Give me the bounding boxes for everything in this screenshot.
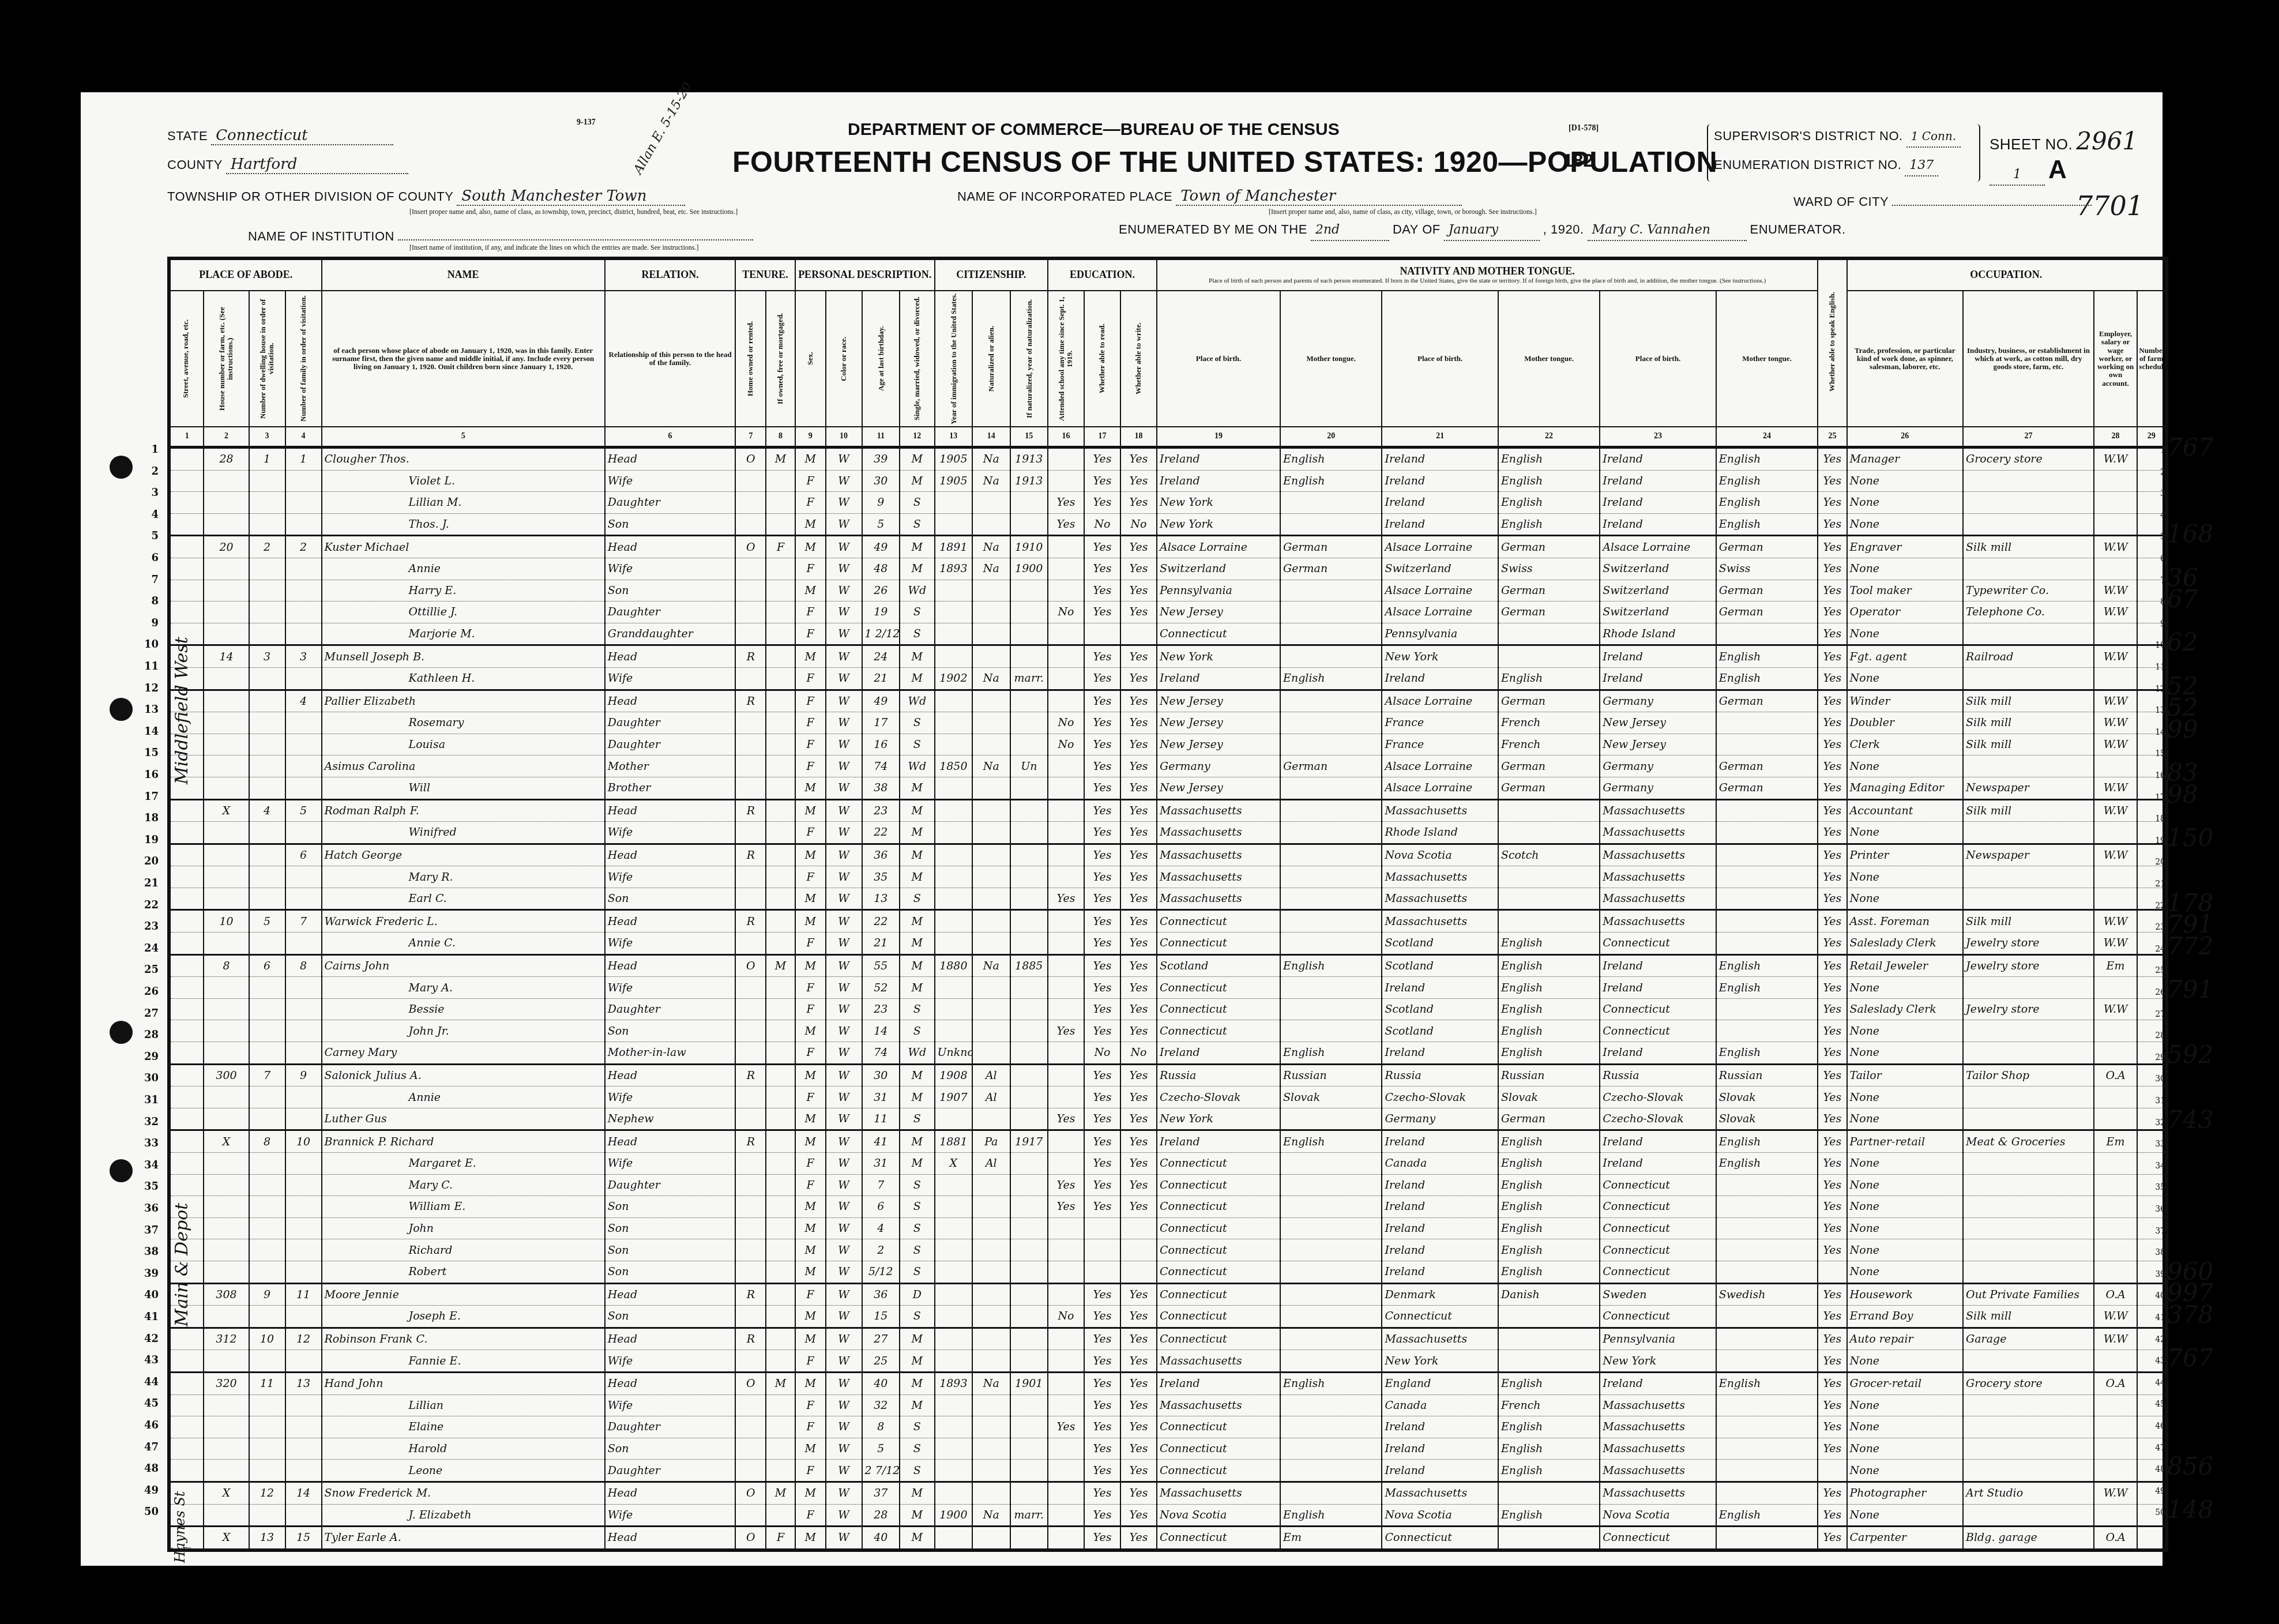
cell-name: John Jr. bbox=[322, 1020, 605, 1042]
cell-relation: Wife bbox=[605, 667, 736, 690]
cell-trade: None bbox=[1847, 470, 1964, 492]
cell-race: W bbox=[826, 1527, 862, 1550]
cell-house bbox=[204, 1196, 249, 1218]
cell-street bbox=[169, 1416, 204, 1438]
cell-write: Yes bbox=[1120, 1064, 1157, 1087]
cell-mtongue: English bbox=[1716, 1042, 1818, 1065]
cell-marital: S bbox=[900, 1416, 935, 1438]
cell-school bbox=[1048, 1261, 1084, 1283]
cell-trade: Doubler bbox=[1847, 712, 1964, 734]
line-number: 35 bbox=[136, 1181, 159, 1193]
cell-free bbox=[766, 1130, 795, 1153]
cell-write: Yes bbox=[1120, 1020, 1157, 1042]
cell-pob: Russia bbox=[1157, 1064, 1280, 1087]
cell-pob: Connecticut bbox=[1157, 1306, 1280, 1328]
cell-family bbox=[285, 1350, 322, 1373]
group-citizenship: CITIZENSHIP. bbox=[935, 258, 1048, 291]
line-number: 42 bbox=[136, 1333, 159, 1345]
col-number: 5 bbox=[322, 427, 605, 448]
sheet-number: 1 bbox=[1990, 167, 2045, 186]
cell-ftongue bbox=[1498, 1350, 1600, 1373]
cell-read: Yes bbox=[1084, 1306, 1120, 1328]
cell-eng: Yes bbox=[1818, 755, 1846, 777]
cell-family: 4 bbox=[285, 690, 322, 712]
table-row: Lillian M.DaughterFW9SYesYesYesNew YorkI… bbox=[169, 492, 2167, 514]
cell-emp: O.A bbox=[2094, 1064, 2138, 1087]
cell-immig: X bbox=[935, 1153, 972, 1175]
cell-natyr bbox=[1010, 1064, 1048, 1087]
cell-immig bbox=[935, 602, 972, 623]
cell-ftongue: German bbox=[1498, 755, 1600, 777]
cell-dwelling bbox=[249, 977, 285, 999]
census-table: PLACE OF ABODE. NAME RELATION. TENURE. P… bbox=[167, 257, 2168, 1552]
cell-write: Yes bbox=[1120, 492, 1157, 514]
cell-family: 12 bbox=[285, 1328, 322, 1350]
line-number-right: 30 bbox=[2148, 1074, 2165, 1084]
cell-dwelling: 9 bbox=[249, 1283, 285, 1306]
cell-industry bbox=[1963, 1153, 2094, 1175]
cell-dwelling bbox=[249, 777, 285, 799]
cell-ftongue: English bbox=[1498, 448, 1600, 471]
cell-house bbox=[204, 1042, 249, 1065]
cell-street bbox=[169, 1261, 204, 1283]
cell-fpob: Alsace Lorraine bbox=[1382, 690, 1498, 712]
cell-street bbox=[169, 667, 204, 690]
cell-write: Yes bbox=[1120, 690, 1157, 712]
cell-school bbox=[1048, 645, 1084, 668]
cell-age: 31 bbox=[862, 1087, 900, 1108]
cell-race: W bbox=[826, 1283, 862, 1306]
cell-street bbox=[169, 1042, 204, 1065]
cell-eng: Yes bbox=[1818, 844, 1846, 866]
cell-write bbox=[1120, 1217, 1157, 1239]
cell-race: W bbox=[826, 777, 862, 799]
cell-read: Yes bbox=[1084, 1108, 1120, 1130]
cell-tongue bbox=[1280, 933, 1382, 955]
cell-write: Yes bbox=[1120, 734, 1157, 755]
cell-house bbox=[204, 777, 249, 799]
cell-street bbox=[169, 690, 204, 712]
cell-school bbox=[1048, 536, 1084, 558]
cell-marital: S bbox=[900, 602, 935, 623]
cell-emp: W.W bbox=[2094, 712, 2138, 734]
cell-name: Moore Jennie bbox=[322, 1283, 605, 1306]
enumerated-day: 2nd bbox=[1311, 223, 1389, 241]
cell-write: Yes bbox=[1120, 712, 1157, 734]
cell-natyr bbox=[1010, 1042, 1048, 1065]
table-row: Margaret E.WifeFW31MXAlYesYesConnecticut… bbox=[169, 1153, 2167, 1175]
cell-tongue bbox=[1280, 1328, 1382, 1350]
col-13-header: Year of immigration to the United States… bbox=[935, 291, 972, 427]
cell-own bbox=[735, 1153, 766, 1175]
cell-own bbox=[735, 558, 766, 580]
cell-pob: Scotland bbox=[1157, 954, 1280, 977]
cell-eng: Yes bbox=[1818, 1328, 1846, 1350]
cell-house bbox=[204, 844, 249, 866]
cell-house bbox=[204, 667, 249, 690]
cell-marital: S bbox=[900, 888, 935, 910]
cell-mtongue bbox=[1716, 623, 1818, 645]
cell-emp: W.W bbox=[2094, 1482, 2138, 1504]
line-number-right: 24 bbox=[2148, 945, 2165, 954]
cell-pob: Massachusetts bbox=[1157, 844, 1280, 866]
cell-race: W bbox=[826, 558, 862, 580]
cell-emp bbox=[2094, 1108, 2138, 1130]
cell-ftongue: English bbox=[1498, 667, 1600, 690]
cell-fpob: Alsace Lorraine bbox=[1382, 536, 1498, 558]
cell-street bbox=[169, 1020, 204, 1042]
cell-tongue bbox=[1280, 777, 1382, 799]
cell-emp bbox=[2094, 470, 2138, 492]
cell-mpob: Ireland bbox=[1600, 1372, 1716, 1394]
cell-age: 21 bbox=[862, 933, 900, 955]
cell-house: 300 bbox=[204, 1064, 249, 1087]
line-number: 37 bbox=[136, 1224, 159, 1236]
cell-house bbox=[204, 1217, 249, 1239]
line-number: 6 bbox=[136, 552, 159, 564]
table-row: Marjorie M.GranddaughterFW1 2/12SConnect… bbox=[169, 623, 2167, 645]
cell-tongue bbox=[1280, 844, 1382, 866]
cell-marital: D bbox=[900, 1283, 935, 1306]
cell-street bbox=[169, 1174, 204, 1196]
cell-eng: Yes bbox=[1818, 1482, 1846, 1504]
cell-race: W bbox=[826, 1153, 862, 1175]
cell-sex: F bbox=[795, 866, 826, 888]
cell-free bbox=[766, 844, 795, 866]
cell-own bbox=[735, 822, 766, 844]
cell-family bbox=[285, 933, 322, 955]
line-number-right: 9 bbox=[2148, 619, 2165, 629]
cell-marital: M bbox=[900, 536, 935, 558]
cell-fpob: Ireland bbox=[1382, 1196, 1498, 1218]
cell-industry: Grocery store bbox=[1963, 448, 2094, 471]
table-row: 6Hatch GeorgeHeadRMW36MYesYesMassachuset… bbox=[169, 844, 2167, 866]
col-number: 7 bbox=[735, 427, 766, 448]
table-row: AnnieWifeFW48M1893Na1900YesYesSwitzerlan… bbox=[169, 558, 2167, 580]
cell-school: Yes bbox=[1048, 888, 1084, 910]
cell-tongue bbox=[1280, 492, 1382, 514]
cell-pob: Connecticut bbox=[1157, 910, 1280, 933]
cell-marital: S bbox=[900, 1020, 935, 1042]
cell-mpob: Massachusetts bbox=[1600, 1394, 1716, 1416]
cell-street bbox=[169, 513, 204, 536]
line-number: 40 bbox=[136, 1289, 159, 1301]
cell-name: Hatch George bbox=[322, 844, 605, 866]
cell-house bbox=[204, 470, 249, 492]
line-number: 5 bbox=[136, 530, 159, 542]
cell-fpob: Ireland bbox=[1382, 977, 1498, 999]
cell-sex: M bbox=[795, 844, 826, 866]
col-number: 25 bbox=[1818, 427, 1846, 448]
cell-house bbox=[204, 690, 249, 712]
cell-relation: Daughter bbox=[605, 1174, 736, 1196]
cell-eng: Yes bbox=[1818, 1217, 1846, 1239]
col-number: 8 bbox=[766, 427, 795, 448]
cell-school bbox=[1048, 1438, 1084, 1460]
line-number-right: 4 bbox=[2148, 511, 2165, 520]
cell-age: 9 bbox=[862, 492, 900, 514]
cell-ftongue: English bbox=[1498, 1416, 1600, 1438]
cell-age: 2 bbox=[862, 1239, 900, 1261]
cell-dwelling bbox=[249, 623, 285, 645]
group-personal: PERSONAL DESCRIPTION. bbox=[795, 258, 935, 291]
cell-mtongue bbox=[1716, 734, 1818, 755]
cell-street bbox=[169, 777, 204, 799]
cell-ftongue: English bbox=[1498, 1372, 1600, 1394]
cell-own bbox=[735, 1108, 766, 1130]
cell-write: Yes bbox=[1120, 602, 1157, 623]
cell-write: Yes bbox=[1120, 645, 1157, 668]
cell-natyr bbox=[1010, 1087, 1048, 1108]
enumerated-month: January bbox=[1444, 223, 1540, 241]
cell-street bbox=[169, 1394, 204, 1416]
cell-industry: Silk mill bbox=[1963, 910, 2094, 933]
cell-industry: Art Studio bbox=[1963, 1482, 2094, 1504]
cell-write: Yes bbox=[1120, 1527, 1157, 1550]
cell-school bbox=[1048, 910, 1084, 933]
cell-school bbox=[1048, 799, 1084, 822]
cell-read: Yes bbox=[1084, 1020, 1120, 1042]
cell-own bbox=[735, 1504, 766, 1527]
col-3-header: Number of dwelling house in order of vis… bbox=[249, 291, 285, 427]
cell-industry bbox=[1963, 1217, 2094, 1239]
cell-tongue: English bbox=[1280, 667, 1382, 690]
cell-free bbox=[766, 690, 795, 712]
cell-industry bbox=[1963, 1196, 2094, 1218]
cell-industry bbox=[1963, 977, 2094, 999]
cell-eng: Yes bbox=[1818, 690, 1846, 712]
cell-read: Yes bbox=[1084, 777, 1120, 799]
cell-house bbox=[204, 602, 249, 623]
cell-name: Margaret E. bbox=[322, 1153, 605, 1175]
cell-read: Yes bbox=[1084, 1460, 1120, 1482]
cell-emp: W.W bbox=[2094, 645, 2138, 668]
table-row: Mary A.WifeFW52MYesYesConnecticutIreland… bbox=[169, 977, 2167, 999]
cell-ftongue: English bbox=[1498, 977, 1600, 999]
cell-read: Yes bbox=[1084, 1087, 1120, 1108]
cell-eng: Yes bbox=[1818, 1416, 1846, 1438]
cell-write: Yes bbox=[1120, 1328, 1157, 1350]
line-number: 13 bbox=[136, 704, 159, 716]
cell-eng: Yes bbox=[1818, 1196, 1846, 1218]
cell-read: Yes bbox=[1084, 1174, 1120, 1196]
cell-house bbox=[204, 1438, 249, 1460]
cell-pob: New Jersey bbox=[1157, 734, 1280, 755]
cell-eng: Yes bbox=[1818, 799, 1846, 822]
col-26-header: Trade, profession, or particular kind of… bbox=[1847, 291, 1964, 427]
cell-pob: Massachusetts bbox=[1157, 1350, 1280, 1373]
cell-sex: F bbox=[795, 755, 826, 777]
cell-street bbox=[169, 1196, 204, 1218]
cell-pob: Connecticut bbox=[1157, 1438, 1280, 1460]
cell-age: 74 bbox=[862, 1042, 900, 1065]
cell-industry bbox=[1963, 558, 2094, 580]
nativity-note: Place of birth of each person and parent… bbox=[1159, 277, 1816, 284]
cell-write: Yes bbox=[1120, 799, 1157, 822]
cell-street bbox=[169, 1153, 204, 1175]
cell-mtongue: Slovak bbox=[1716, 1108, 1818, 1130]
cell-immig bbox=[935, 712, 972, 734]
cell-mpob: Massachusetts bbox=[1600, 910, 1716, 933]
cell-name: Fannie E. bbox=[322, 1350, 605, 1373]
cell-free bbox=[766, 1217, 795, 1239]
cell-read: No bbox=[1084, 1042, 1120, 1065]
col-number: 23 bbox=[1600, 427, 1716, 448]
cell-street bbox=[169, 954, 204, 977]
cell-mtongue bbox=[1716, 1350, 1818, 1373]
cell-age: 17 bbox=[862, 712, 900, 734]
cell-dwelling bbox=[249, 1350, 285, 1373]
cell-natyr bbox=[1010, 1482, 1048, 1504]
cell-nat bbox=[972, 1283, 1010, 1306]
cell-immig bbox=[935, 1020, 972, 1042]
col-number: 4 bbox=[285, 427, 322, 448]
cell-own bbox=[735, 470, 766, 492]
occupation-code: 148 bbox=[2167, 1495, 2213, 1524]
cell-mpob: Ireland bbox=[1600, 667, 1716, 690]
cell-industry bbox=[1963, 1261, 2094, 1283]
county-field: County Hartford bbox=[167, 156, 408, 174]
cell-mtongue bbox=[1716, 933, 1818, 955]
cell-race: W bbox=[826, 1372, 862, 1394]
occupation-code: 62 bbox=[2167, 628, 2198, 656]
col-number: 27 bbox=[1963, 427, 2094, 448]
cell-emp bbox=[2094, 1087, 2138, 1108]
cell-emp: O.A bbox=[2094, 1527, 2138, 1550]
cell-sex: M bbox=[795, 1196, 826, 1218]
cell-fpob: Ireland bbox=[1382, 492, 1498, 514]
cell-relation: Head bbox=[605, 1527, 736, 1550]
cell-age: 23 bbox=[862, 998, 900, 1020]
cell-house bbox=[204, 492, 249, 514]
cell-fpob: Ireland bbox=[1382, 1174, 1498, 1196]
corner-stamp: 7701 bbox=[2076, 190, 2143, 221]
col-24-header: Mother tongue. bbox=[1716, 291, 1818, 427]
line-number: 26 bbox=[136, 986, 159, 998]
cell-natyr bbox=[1010, 1328, 1048, 1350]
cell-natyr bbox=[1010, 1283, 1048, 1306]
cell-immig bbox=[935, 910, 972, 933]
cell-sex: M bbox=[795, 1438, 826, 1460]
col-27-header: Industry, business, or establishment in … bbox=[1963, 291, 2094, 427]
cell-nat: Na bbox=[972, 448, 1010, 471]
cell-fpob: Ireland bbox=[1382, 448, 1498, 471]
cell-sex: F bbox=[795, 977, 826, 999]
cell-name: Brannick P. Richard bbox=[322, 1130, 605, 1153]
cell-relation: Mother-in-law bbox=[605, 1042, 736, 1065]
cell-trade: None bbox=[1847, 1153, 1964, 1175]
cell-house bbox=[204, 1239, 249, 1261]
cell-eng: Yes bbox=[1818, 1042, 1846, 1065]
cell-immig bbox=[935, 1306, 972, 1328]
cell-own: R bbox=[735, 1328, 766, 1350]
cell-mtongue bbox=[1716, 1460, 1818, 1482]
cell-dwelling: 10 bbox=[249, 1328, 285, 1350]
cell-immig bbox=[935, 933, 972, 955]
line-number-right: 39 bbox=[2148, 1270, 2165, 1279]
cell-free bbox=[766, 1087, 795, 1108]
cell-own: O bbox=[735, 1372, 766, 1394]
cell-mpob: Rhode Island bbox=[1600, 623, 1716, 645]
line-number-right: 3 bbox=[2148, 489, 2165, 498]
cell-trade: Winder bbox=[1847, 690, 1964, 712]
cell-pob: New Jersey bbox=[1157, 712, 1280, 734]
cell-emp bbox=[2094, 1394, 2138, 1416]
cell-trade: Saleslady Clerk bbox=[1847, 998, 1964, 1020]
line-number: 15 bbox=[136, 747, 159, 759]
cell-house bbox=[204, 998, 249, 1020]
cell-marital: M bbox=[900, 866, 935, 888]
occupation-code: 772 bbox=[2167, 932, 2213, 960]
cell-immig bbox=[935, 1261, 972, 1283]
cell-emp: W.W bbox=[2094, 933, 2138, 955]
township-label: Township or other division of county bbox=[167, 189, 453, 204]
cell-street bbox=[169, 1306, 204, 1328]
line-number-right: 2 bbox=[2148, 468, 2165, 477]
cell-nat bbox=[972, 1020, 1010, 1042]
line-number-right: 26 bbox=[2148, 988, 2165, 997]
cell-relation: Son bbox=[605, 1438, 736, 1460]
cell-tongue: Em bbox=[1280, 1527, 1382, 1550]
cell-age: 52 bbox=[862, 977, 900, 999]
cell-read: Yes bbox=[1084, 888, 1120, 910]
cell-street bbox=[169, 866, 204, 888]
cell-eng: Yes bbox=[1818, 1064, 1846, 1087]
cell-sex: F bbox=[795, 998, 826, 1020]
cell-industry: Meat & Groceries bbox=[1963, 1130, 2094, 1153]
col-4-header: Number of family in order of visitation. bbox=[285, 291, 322, 427]
cell-sex: M bbox=[795, 777, 826, 799]
cell-age: 14 bbox=[862, 1020, 900, 1042]
cell-trade: None bbox=[1847, 1504, 1964, 1527]
line-number: 3 bbox=[136, 487, 159, 499]
cell-read: Yes bbox=[1084, 1527, 1120, 1550]
cell-sex: F bbox=[795, 623, 826, 645]
footer-form-mark: 11—678 bbox=[167, 1546, 191, 1554]
cell-industry: Typewriter Co. bbox=[1963, 580, 2094, 602]
cell-own bbox=[735, 623, 766, 645]
table-row: 3201113Hand JohnHeadOMMW40M1893Na1901Yes… bbox=[169, 1372, 2167, 1394]
cell-name: Annie C. bbox=[322, 933, 605, 955]
cell-immig: 1902 bbox=[935, 667, 972, 690]
cell-mtongue bbox=[1716, 1394, 1818, 1416]
cell-mpob: Connecticut bbox=[1600, 933, 1716, 955]
cell-name: Will bbox=[322, 777, 605, 799]
cell-trade: Asst. Foreman bbox=[1847, 910, 1964, 933]
cell-eng: Yes bbox=[1818, 1504, 1846, 1527]
cell-immig: 1881 bbox=[935, 1130, 972, 1153]
cell-fpob: Denmark bbox=[1382, 1283, 1498, 1306]
cell-school bbox=[1048, 933, 1084, 955]
cell-house bbox=[204, 822, 249, 844]
cell-nat bbox=[972, 933, 1010, 955]
cell-ftongue: English bbox=[1498, 1153, 1600, 1175]
line-number-right: 21 bbox=[2148, 879, 2165, 889]
day-of-label: day of bbox=[1393, 222, 1441, 237]
cell-name: Luther Gus bbox=[322, 1108, 605, 1130]
cell-school bbox=[1048, 998, 1084, 1020]
cell-age: 39 bbox=[862, 448, 900, 471]
cell-street bbox=[169, 623, 204, 645]
cell-free bbox=[766, 1328, 795, 1350]
cell-industry bbox=[1963, 470, 2094, 492]
cell-race: W bbox=[826, 977, 862, 999]
cell-trade: Tailor bbox=[1847, 1064, 1964, 1087]
cell-relation: Head bbox=[605, 954, 736, 977]
cell-name: Robert bbox=[322, 1261, 605, 1283]
cell-street bbox=[169, 844, 204, 866]
sheet-number-field: 1 A bbox=[1990, 156, 2067, 186]
